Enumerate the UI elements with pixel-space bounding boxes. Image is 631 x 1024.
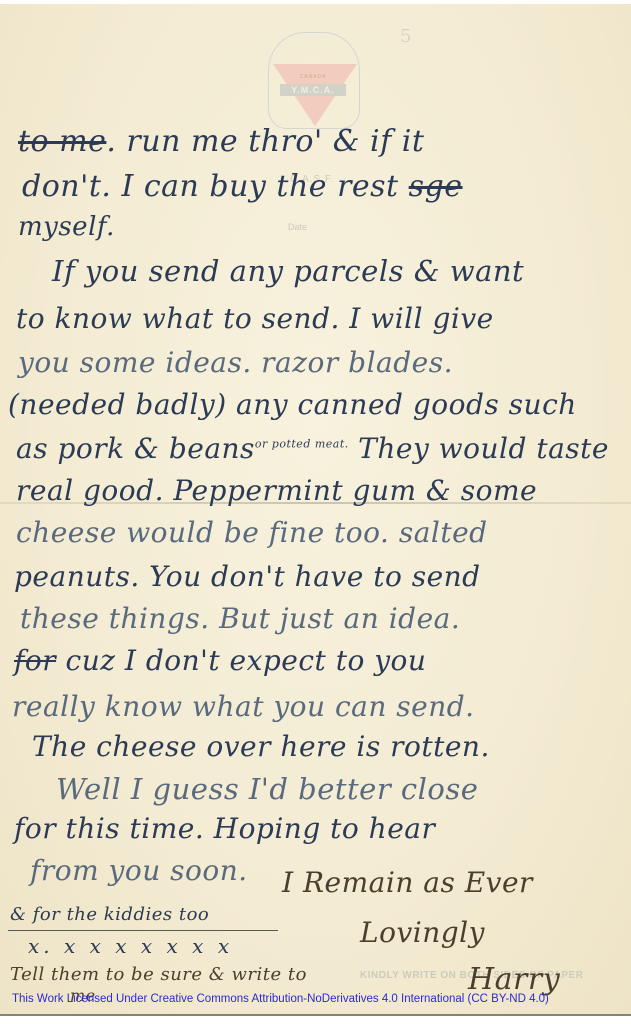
letterhead-date-label: Date	[288, 222, 307, 232]
body-line-14: really know what you can send.	[12, 690, 475, 723]
struck-text: to me	[18, 124, 106, 159]
postscript-line-1: & for the kiddies too	[10, 904, 209, 925]
struck-text: sge	[409, 169, 463, 204]
body-line-3: myself.	[18, 212, 115, 242]
body-line-5: to know what to send. I will give	[16, 302, 494, 335]
closing-line: I Remain as Ever	[282, 866, 533, 899]
page-number: 5	[400, 26, 411, 47]
signature: Harry	[468, 962, 560, 997]
body-line-10: cheese would be fine too. salted	[16, 516, 488, 549]
struck-text: for	[14, 644, 56, 677]
letterhead-organization: Y.M.C.A.	[280, 84, 346, 96]
body-line-9: real good. Peppermint gum & some	[16, 474, 537, 507]
body-line-17: for this time. Hoping to hear	[14, 812, 435, 845]
body-line-6: you some ideas. razor blades.	[18, 346, 453, 379]
body-line-7: (needed badly) any canned goods such	[8, 388, 577, 421]
body-line-18: from you soon.	[30, 854, 248, 887]
body-line-16: Well I guess I'd better close	[56, 772, 478, 806]
letter-page: 5 CANADA Y.M.C.A. C.A.S.F. Date KINDLY W…	[0, 4, 631, 1016]
body-line-2: don't. I can buy the rest sge	[22, 169, 463, 204]
closing-lovingly: Lovingly	[360, 916, 485, 949]
license-notice: This Work Licensed Under Creative Common…	[12, 993, 549, 1005]
body-line-1: to me. run me thro' & if it	[18, 124, 424, 159]
body-line-4: If you send any parcels & want	[52, 254, 524, 288]
body-line-12: these things. But just an idea.	[20, 602, 460, 635]
inserted-text: or potted meat.	[255, 438, 349, 451]
body-line-11: peanuts. You don't have to send	[14, 560, 481, 593]
ymca-emblem-watermark: CANADA Y.M.C.A.	[258, 32, 368, 132]
letterhead-country: CANADA	[280, 74, 346, 80]
body-line-13: for cuz I don't expect to you	[14, 644, 426, 677]
body-line-8: as pork & beansor potted meat. They woul…	[16, 432, 609, 465]
postscript-kisses: x. x x x x x x x	[28, 934, 233, 958]
body-line-15: The cheese over here is rotten.	[32, 730, 490, 763]
postscript-underline	[8, 930, 278, 931]
postscript-line-2: Tell them to be sure & write to	[10, 964, 307, 985]
